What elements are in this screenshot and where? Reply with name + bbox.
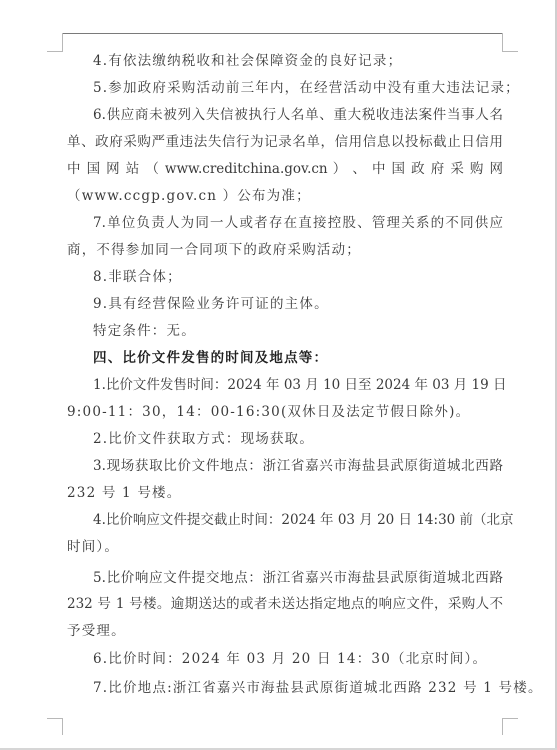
crop-mark-top-right-v	[502, 33, 503, 52]
text-line: 单、政府采购严重违法失信行为记录名单，信用信息以投标截止日信用	[67, 133, 503, 151]
text-line: 7.单位负责人为同一人或者存在直接控股、管理关系的不同供应	[93, 214, 503, 232]
text-line: 5.比价响应文件提交地点：浙江省嘉兴市海盐县武原街道城北西路	[93, 569, 503, 587]
text-line: 4.有依法缴纳税收和社会保障资金的良好记录；	[93, 52, 503, 70]
text-line: 4.比价响应文件提交截止时间：2024 年 03 月 20 日 14:30 前（…	[93, 511, 503, 529]
crop-mark-bottom-right-v	[502, 718, 503, 735]
text-line: （www.ccgp.gov.cn ）公布为准；	[67, 187, 503, 205]
text-line: 特定条件：无。	[93, 322, 503, 340]
text-line: 7.比价地点:浙江省嘉兴市海盐县武原街道城北西路 232 号 1 号楼。	[93, 679, 503, 697]
header-rule	[62, 33, 502, 34]
text-line: 1.比价文件发售时间：2024 年 03 月 10 日至 2024 年 03 月…	[93, 376, 503, 394]
text-line: 6.比价时间：2024 年 03 月 20 日 14：30（北京时间）。	[93, 650, 503, 668]
crop-mark-bottom-left-h	[47, 718, 63, 719]
text-line: 232 号 1 号楼。	[67, 484, 503, 502]
text-line: 3.现场获取比价文件地点：浙江省嘉兴市海盐县武原街道城北西路	[93, 457, 503, 475]
section-heading: 四、比价文件发售的时间及地点等：	[93, 349, 503, 367]
crop-mark-top-right-h	[502, 51, 518, 52]
text-line: 时间）。	[67, 538, 503, 556]
text-line: 2.比价文件获取方式：现场获取。	[93, 430, 503, 448]
crop-mark-top-left-h	[47, 51, 63, 52]
text-line: 中 国 网 站 （ www.creditchina.gov.cn ） 、 中 国…	[67, 160, 503, 178]
crop-mark-top-left-v	[62, 33, 63, 52]
text-line: 5.参加政府采购活动前三年内，在经营活动中没有重大违法记录；	[93, 79, 503, 97]
crop-mark-bottom-right-h	[502, 718, 518, 719]
text-line: 9.具有经营保险业务许可证的主体。	[93, 295, 503, 313]
text-line: 232 号 1 号楼。逾期送达的或者未送达指定地点的响应文件，采购人不	[67, 595, 503, 613]
text-line: 6.供应商未被列入失信被执行人名单、重大税收违法案件当事人名	[93, 106, 503, 124]
text-line: 商，不得参加同一合同项下的政府采购活动；	[67, 241, 503, 259]
crop-mark-bottom-left-v	[62, 718, 63, 735]
text-line: 予受理。	[67, 622, 503, 640]
text-line: 8.非联合体；	[93, 268, 503, 286]
text-line: 9:00-11：30，14：00-16:30(双休日及法定节假日除外)。	[67, 403, 503, 421]
